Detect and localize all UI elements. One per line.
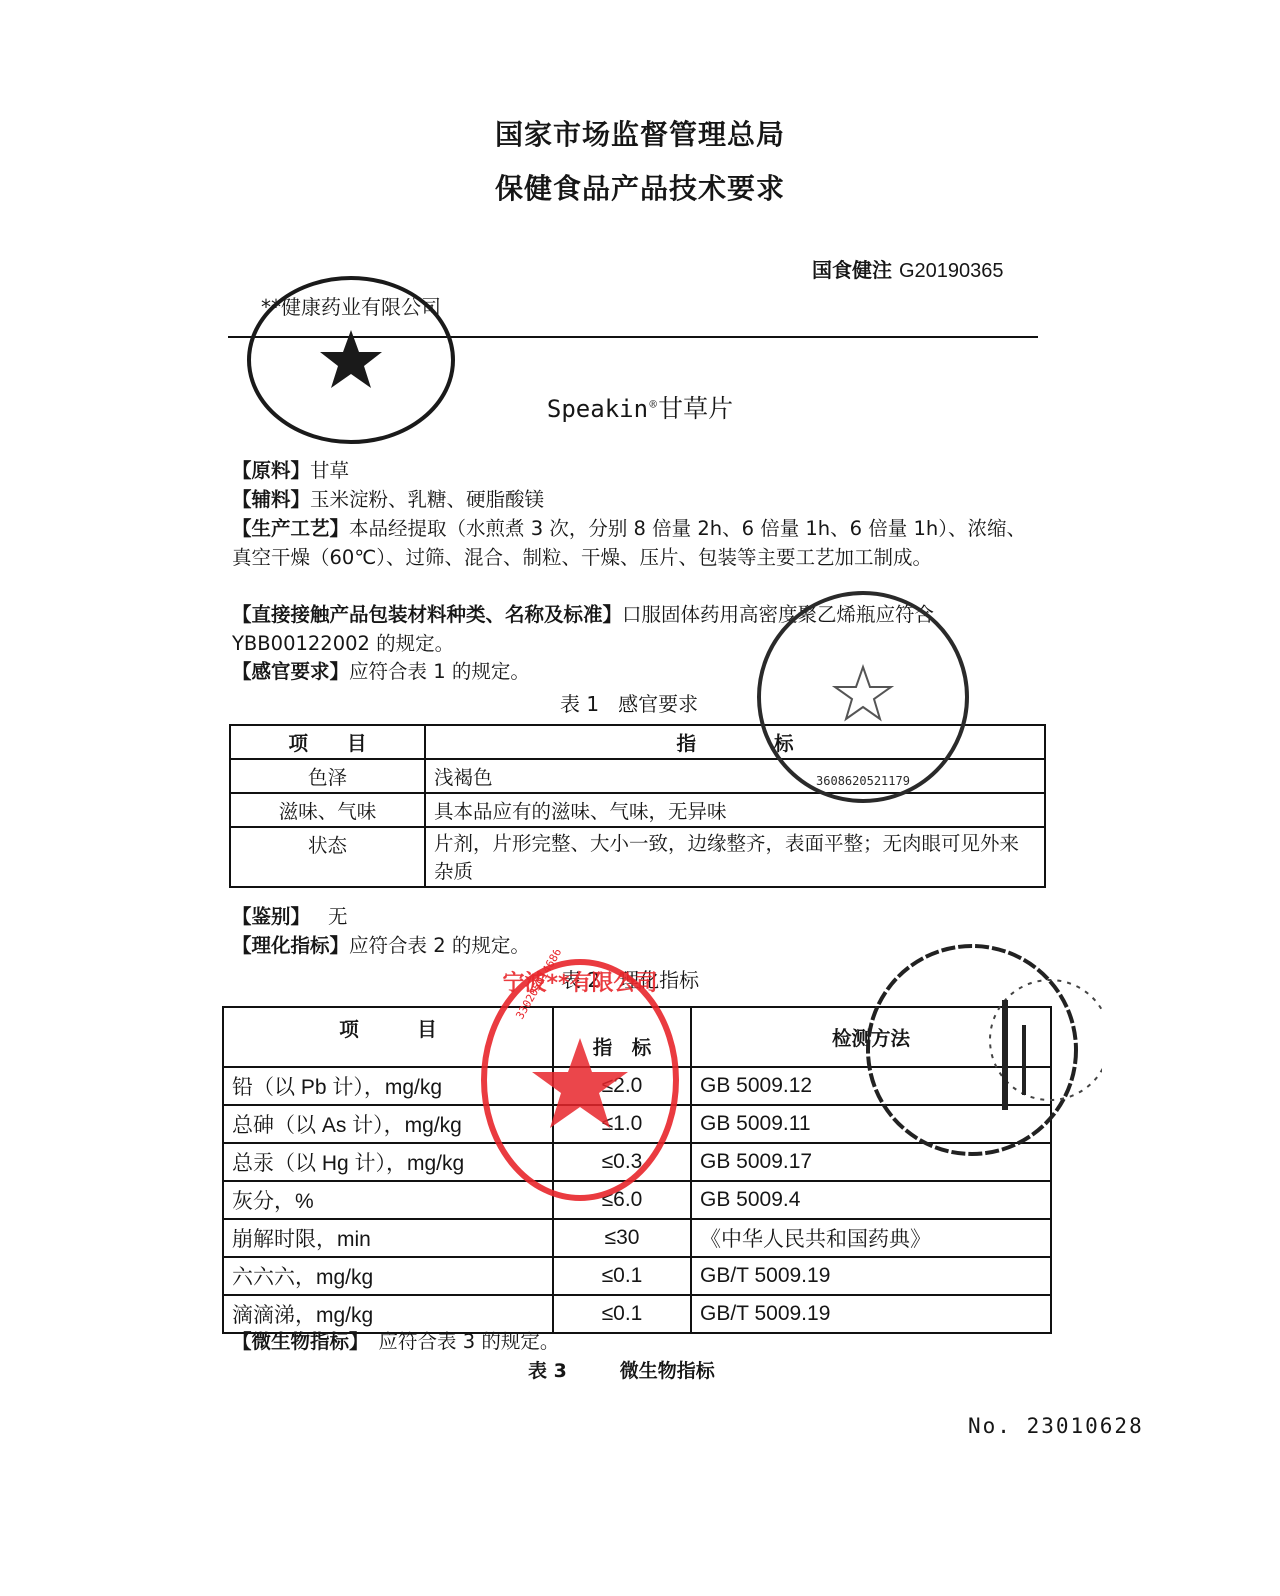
cell-value: 片剂，片形完整、大小一致，边缘整齐，表面平整；无肉眼可见外来杂质 xyxy=(425,827,1045,887)
section-label: 【生产工艺】 xyxy=(232,517,349,540)
section-text: 无 xyxy=(310,905,348,928)
section-label: 【微生物指标】 xyxy=(232,1330,369,1353)
cell-item: 状态 xyxy=(230,827,425,887)
column-header: 指 标 xyxy=(425,725,1045,759)
section-text: 甘草 xyxy=(310,459,349,482)
star-icon xyxy=(320,330,382,388)
table-row: 总汞（以 Hg 计），mg/kg≤0.3GB 5009.17 xyxy=(223,1143,1051,1181)
cell-item: 铅（以 Pb 计），mg/kg xyxy=(223,1067,553,1105)
section-excipients: 【辅料】玉米淀粉、乳糖、硬脂酸镁 xyxy=(232,485,1032,514)
column-header: 检测方法 xyxy=(691,1007,1051,1067)
section-micro: 【微生物指标】应符合表 3 的规定。 xyxy=(232,1327,1032,1356)
cell-limit: ≤6.0 xyxy=(553,1181,691,1219)
header-divider xyxy=(228,336,1038,338)
table2-caption: 表 2 理化指标 xyxy=(561,964,699,993)
company-seal-left: **健康药业有限公司 xyxy=(236,272,466,452)
column-header: 项 目 xyxy=(230,725,425,759)
section-text: 应符合表 2 的规定。 xyxy=(349,934,530,957)
registration-label: 国食健注 xyxy=(812,258,892,282)
product-title: Speakin®甘草片 xyxy=(0,389,1280,425)
table-row: 崩解时限，min≤30《中华人民共和国药典》 xyxy=(223,1219,1051,1257)
section-label: 【理化指标】 xyxy=(232,934,349,957)
table3-caption: 表 3 微生物指标 xyxy=(528,1356,715,1383)
section-label: 【感官要求】 xyxy=(232,660,349,683)
sensory-table: 项 目 指 标 色泽 浅褐色 滋味、气味 具本品应有的滋味、气味，无异味 状态 … xyxy=(229,724,1046,888)
section-raw-material: 【原料】甘草 xyxy=(232,456,1032,485)
section-label: 【直接接触产品包装材料种类、名称及标准】 xyxy=(232,603,622,626)
physchem-table: 项 目 指 标 检测方法 铅（以 Pb 计），mg/kg≤2.0GB 5009.… xyxy=(222,1006,1052,1334)
cell-item: 色泽 xyxy=(230,759,425,793)
column-header: 项 目 xyxy=(223,1007,553,1067)
table-row: 滋味、气味 具本品应有的滋味、气味，无异味 xyxy=(230,793,1045,827)
table-row: 总砷（以 As 计），mg/kg≤1.0GB 5009.11 xyxy=(223,1105,1051,1143)
cell-limit: ≤1.0 xyxy=(553,1105,691,1143)
registration-number: 国食健注 G20190365 xyxy=(812,254,1004,283)
section-identification: 【鉴别】无 xyxy=(232,902,1032,931)
cell-value: 具本品应有的滋味、气味，无异味 xyxy=(425,793,1045,827)
document-number: No. 23010628 xyxy=(968,1414,1144,1438)
section-label: 【原料】 xyxy=(232,459,310,482)
section-text: 玉米淀粉、乳糖、硬脂酸镁 xyxy=(310,488,544,511)
section-text: 应符合表 1 的规定。 xyxy=(349,660,530,683)
cell-method: GB/T 5009.19 xyxy=(691,1257,1051,1295)
column-header: 指 标 xyxy=(553,1007,691,1067)
cell-item: 总砷（以 As 计），mg/kg xyxy=(223,1105,553,1143)
section-process: 【生产工艺】本品经提取（水煎煮 3 次，分别 8 倍量 2h、6 倍量 1h、6… xyxy=(232,514,1032,572)
cell-method: GB 5009.4 xyxy=(691,1181,1051,1219)
document-title: 保健食品产品技术要求 xyxy=(0,167,1280,207)
section-packaging: 【直接接触产品包装材料种类、名称及标准】口服固体药用高密度聚乙烯瓶应符合 YBB… xyxy=(232,600,1032,658)
section-sensory: 【感官要求】应符合表 1 的规定。 xyxy=(232,657,1032,686)
cell-method: GB 5009.12 xyxy=(691,1067,1051,1105)
cell-item: 滋味、气味 xyxy=(230,793,425,827)
cell-method: 《中华人民共和国药典》 xyxy=(691,1219,1051,1257)
cell-method: GB 5009.17 xyxy=(691,1143,1051,1181)
cell-limit: ≤0.1 xyxy=(553,1257,691,1295)
table-row: 六六六，mg/kg≤0.1GB/T 5009.19 xyxy=(223,1257,1051,1295)
cell-method: GB 5009.11 xyxy=(691,1105,1051,1143)
cell-item: 灰分，% xyxy=(223,1181,553,1219)
cell-limit: ≤0.3 xyxy=(553,1143,691,1181)
registration-code: G20190365 xyxy=(899,260,1004,282)
table1-caption: 表 1 感官要求 xyxy=(560,688,698,717)
product-name: 甘草片 xyxy=(658,394,733,423)
cell-limit: ≤2.0 xyxy=(553,1067,691,1105)
table-row: 铅（以 Pb 计），mg/kg≤2.0GB 5009.12 xyxy=(223,1067,1051,1105)
cell-item: 总汞（以 Hg 计），mg/kg xyxy=(223,1143,553,1181)
issuing-authority: 国家市场监督管理总局 xyxy=(0,113,1280,153)
cell-limit: ≤30 xyxy=(553,1219,691,1257)
cell-value: 浅褐色 xyxy=(425,759,1045,793)
table-row: 状态 片剂，片形完整、大小一致，边缘整齐，表面平整；无肉眼可见外来杂质 xyxy=(230,827,1045,887)
product-brand: Speakin xyxy=(547,395,648,423)
table-row: 灰分，%≤6.0GB 5009.4 xyxy=(223,1181,1051,1219)
svg-text:**健康药业有限公司: **健康药业有限公司 xyxy=(261,295,441,319)
registered-mark: ® xyxy=(648,400,658,411)
cell-item: 六六六，mg/kg xyxy=(223,1257,553,1295)
section-label: 【辅料】 xyxy=(232,488,310,511)
section-text: 应符合表 3 的规定。 xyxy=(369,1330,560,1353)
section-label: 【鉴别】 xyxy=(232,905,310,928)
table-row: 色泽 浅褐色 xyxy=(230,759,1045,793)
cell-item: 崩解时限，min xyxy=(223,1219,553,1257)
section-text: 本品经提取（水煎煮 3 次，分别 8 倍量 2h、6 倍量 1h、6 倍量 1h… xyxy=(232,517,1026,569)
section-physchem: 【理化指标】应符合表 2 的规定。 xyxy=(232,931,1032,960)
